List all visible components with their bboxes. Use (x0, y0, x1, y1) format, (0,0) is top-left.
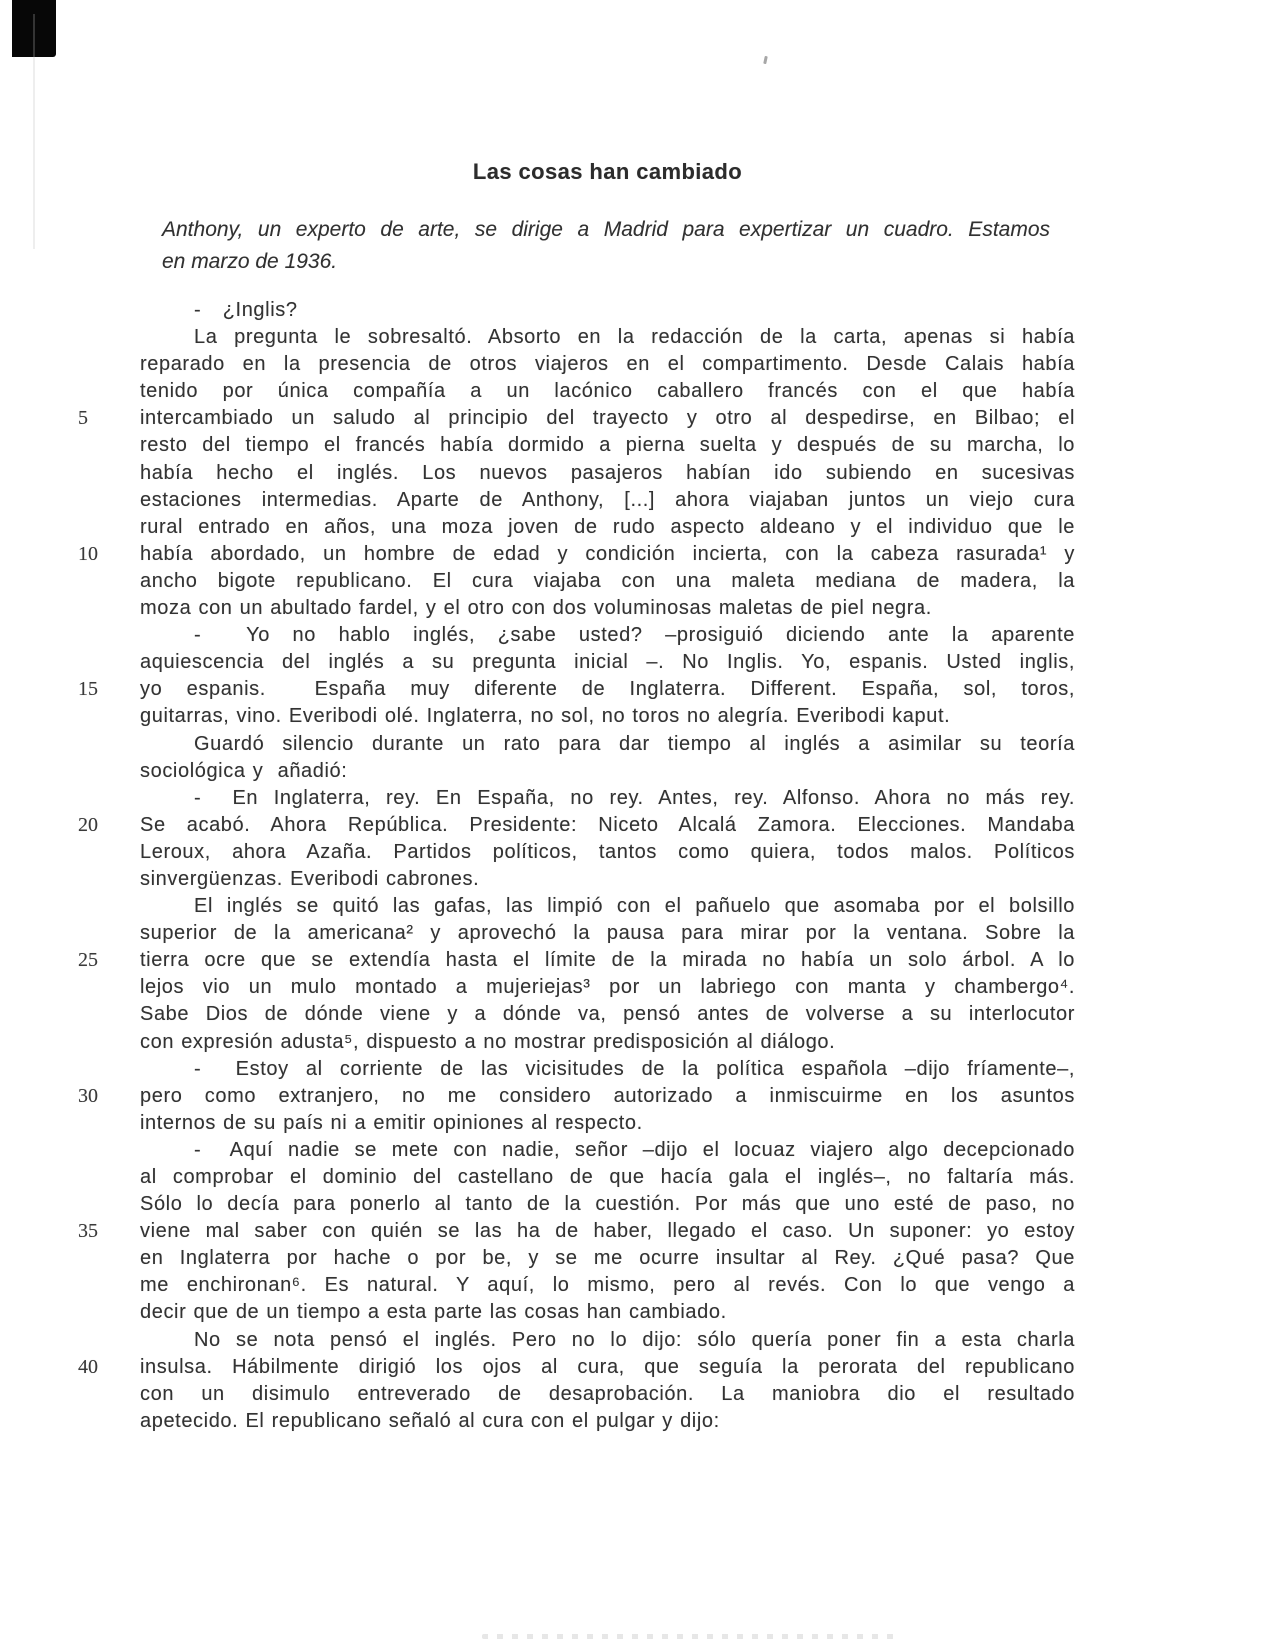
line-text: estaciones intermedias. Aparte de Anthon… (140, 489, 1075, 511)
line-text: El inglés se quitó las gafas, las limpió… (194, 895, 1075, 917)
line-text: resto del tiempo el francés había dormid… (140, 434, 1075, 456)
line-text: sinvergüenzas. Everibodi cabrones. (140, 868, 479, 890)
document-title: Las cosas han cambiado (140, 159, 1075, 185)
text-line: - Yo no hablo inglés, ¿sabe usted? –pros… (140, 622, 1075, 649)
text-line: había hecho el inglés. Los nuevos pasaje… (140, 460, 1075, 487)
line-text: me enchironan⁶. Es natural. Y aquí, lo m… (140, 1274, 1075, 1296)
text-line: internos de su país ni a emitir opinione… (140, 1110, 1075, 1137)
line-text: Sabe Dios de dónde viene y a dónde va, p… (140, 1003, 1075, 1025)
text-line: con expresión adusta⁵, dispuesto a no mo… (140, 1029, 1075, 1056)
line-text: internos de su país ni a emitir opinione… (140, 1112, 643, 1134)
line-text: aquiescencia del inglés a su pregunta in… (140, 651, 1075, 673)
text-line: sinvergüenzas. Everibodi cabrones. (140, 866, 1075, 893)
intro-paragraph: Anthony, un experto de arte, se dirige a… (162, 214, 1050, 278)
line-number: 25 (78, 947, 120, 974)
line-text: - Estoy al corriente de las vicisitudes … (194, 1058, 1075, 1080)
line-text: Leroux, ahora Azaña. Partidos políticos,… (140, 841, 1075, 863)
text-line: La pregunta le sobresaltó. Absorto en la… (140, 324, 1075, 351)
text-line: 25tierra ocre que se extendía hasta el l… (140, 947, 1075, 974)
line-text: decir que de un tiempo a esta parte las … (140, 1301, 727, 1323)
scan-edge-smudge (33, 14, 35, 249)
line-number: 5 (78, 405, 120, 432)
line-text: reparado en la presencia de otros viajer… (140, 353, 1075, 375)
line-text: superior de la americana² y aprovechó la… (140, 922, 1075, 944)
text-line: me enchironan⁶. Es natural. Y aquí, lo m… (140, 1272, 1075, 1299)
intro-line-2: en marzo de 1936. (162, 246, 1050, 278)
text-line: con un disimulo entreverado de desaproba… (140, 1381, 1075, 1408)
text-line: resto del tiempo el francés había dormid… (140, 432, 1075, 459)
text-line: en Inglaterra por hache o por be, y se m… (140, 1245, 1075, 1272)
text-line: aquiescencia del inglés a su pregunta in… (140, 649, 1075, 676)
line-number: 15 (78, 676, 120, 703)
line-number: 40 (78, 1354, 120, 1381)
line-number: 30 (78, 1083, 120, 1110)
text-line: Sabe Dios de dónde viene y a dónde va, p… (140, 1001, 1075, 1028)
line-text: ancho bigote republicano. El cura viajab… (140, 570, 1075, 592)
line-text: Guardó silencio durante un rato para dar… (194, 733, 1075, 755)
text-line: 35viene mal saber con quién se las ha de… (140, 1218, 1075, 1245)
line-number: 35 (78, 1218, 120, 1245)
text-line: ancho bigote republicano. El cura viajab… (140, 568, 1075, 595)
text-line: sociológica y añadió: (140, 758, 1075, 785)
text-line: 20Se acabó. Ahora República. Presidente:… (140, 812, 1075, 839)
text-body: - ¿Inglis?La pregunta le sobresaltó. Abs… (140, 297, 1075, 1435)
line-number: 10 (78, 541, 120, 568)
line-text: lejos vio un mulo montado a mujeriejas³ … (140, 976, 1075, 998)
text-line: reparado en la presencia de otros viajer… (140, 351, 1075, 378)
text-line: - Aquí nadie se mete con nadie, señor –d… (140, 1137, 1075, 1164)
text-line: Leroux, ahora Azaña. Partidos políticos,… (140, 839, 1075, 866)
text-line: estaciones intermedias. Aparte de Anthon… (140, 487, 1075, 514)
line-text: apetecido. El republicano señaló al cura… (140, 1410, 720, 1432)
line-text: pero como extranjero, no me considero au… (140, 1085, 1075, 1107)
line-text: sociológica y añadió: (140, 760, 347, 782)
text-line: decir que de un tiempo a esta parte las … (140, 1299, 1075, 1326)
text-line: - ¿Inglis? (140, 297, 1075, 324)
text-line: al comprobar el dominio del castellano d… (140, 1164, 1075, 1191)
line-number: 20 (78, 812, 120, 839)
text-line: 40insulsa. Hábilmente dirigió los ojos a… (140, 1354, 1075, 1381)
line-text: No se nota pensó el inglés. Pero no lo d… (194, 1329, 1075, 1351)
line-text: viene mal saber con quién se las ha de h… (140, 1220, 1075, 1242)
line-text: Sólo lo decía para ponerlo al tanto de l… (140, 1193, 1075, 1215)
line-text: - En Inglaterra, rey. En España, no rey.… (194, 787, 1075, 809)
line-text: - ¿Inglis? (194, 299, 298, 321)
text-line: moza con un abultado fardel, y el otro c… (140, 595, 1075, 622)
line-text: La pregunta le sobresaltó. Absorto en la… (194, 326, 1075, 348)
line-text: rural entrado en años, una moza joven de… (140, 516, 1075, 538)
line-text: tenido por única compañía a un lacónico … (140, 380, 1075, 402)
line-text: insulsa. Hábilmente dirigió los ojos al … (140, 1356, 1075, 1378)
text-line: rural entrado en años, una moza joven de… (140, 514, 1075, 541)
text-line: 10había abordado, un hombre de edad y co… (140, 541, 1075, 568)
text-line: guitarras, vino. Everibodi olé. Inglater… (140, 703, 1075, 730)
text-line: Sólo lo decía para ponerlo al tanto de l… (140, 1191, 1075, 1218)
line-text: había hecho el inglés. Los nuevos pasaje… (140, 462, 1075, 484)
text-line: - Estoy al corriente de las vicisitudes … (140, 1056, 1075, 1083)
line-text: guitarras, vino. Everibodi olé. Inglater… (140, 705, 950, 727)
line-text: al comprobar el dominio del castellano d… (140, 1166, 1075, 1188)
line-text: moza con un abultado fardel, y el otro c… (140, 597, 932, 619)
line-text: intercambiado un saludo al principio del… (140, 407, 1075, 429)
scanned-document-page: Las cosas han cambiado Anthony, un exper… (0, 0, 1275, 1646)
scan-speck (763, 56, 768, 64)
text-line: El inglés se quitó las gafas, las limpió… (140, 893, 1075, 920)
line-text: yo espanis. España muy diferente de Ingl… (140, 678, 1075, 700)
line-text: en Inglaterra por hache o por be, y se m… (140, 1247, 1075, 1269)
line-text: - Aquí nadie se mete con nadie, señor –d… (194, 1139, 1075, 1161)
line-text: con expresión adusta⁵, dispuesto a no mo… (140, 1031, 835, 1053)
intro-line-1: Anthony, un experto de arte, se dirige a… (162, 214, 1050, 246)
text-line: 5intercambiado un saludo al principio de… (140, 405, 1075, 432)
text-line: superior de la americana² y aprovechó la… (140, 920, 1075, 947)
text-line: No se nota pensó el inglés. Pero no lo d… (140, 1327, 1075, 1354)
scan-ghost-text-artifact (482, 1634, 902, 1639)
text-line: tenido por única compañía a un lacónico … (140, 378, 1075, 405)
text-line: - En Inglaterra, rey. En España, no rey.… (140, 785, 1075, 812)
text-line: Guardó silencio durante un rato para dar… (140, 731, 1075, 758)
line-text: - Yo no hablo inglés, ¿sabe usted? –pros… (194, 624, 1075, 646)
text-line: lejos vio un mulo montado a mujeriejas³ … (140, 974, 1075, 1001)
line-text: tierra ocre que se extendía hasta el lím… (140, 949, 1075, 971)
text-line: apetecido. El republicano señaló al cura… (140, 1408, 1075, 1435)
line-text: Se acabó. Ahora República. Presidente: N… (140, 814, 1075, 836)
line-text: había abordado, un hombre de edad y cond… (140, 543, 1075, 565)
text-line: 30pero como extranjero, no me considero … (140, 1083, 1075, 1110)
text-line: 15yo espanis. España muy diferente de In… (140, 676, 1075, 703)
line-text: con un disimulo entreverado de desaproba… (140, 1383, 1075, 1405)
